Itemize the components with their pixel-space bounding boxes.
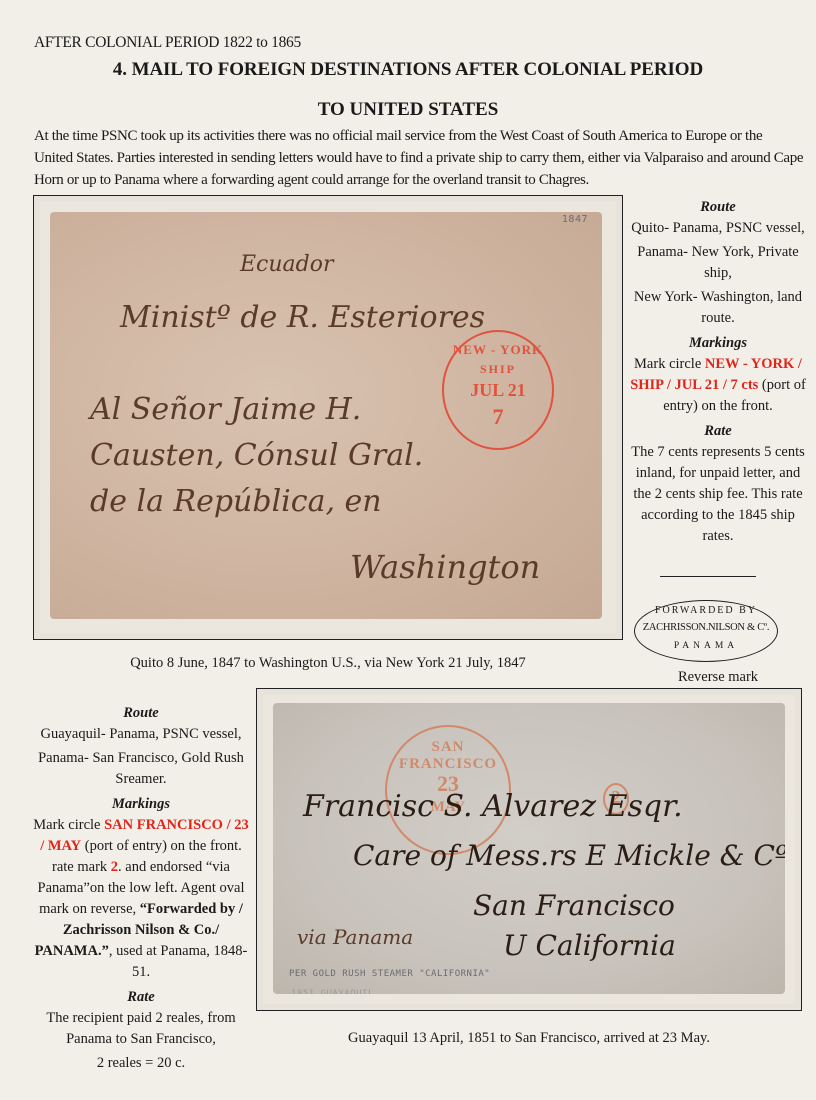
rate-heading: Rate <box>30 986 252 1008</box>
intro-paragraph: At the time PSNC took up its activities … <box>34 125 804 191</box>
rate-text: The recipient paid 2 reales, from Panama… <box>30 1008 252 1050</box>
protective-sleeve: SAN FRANCISCO 23 MAY 2 Francisc S. Alvar… <box>263 695 795 1004</box>
route-heading: Route <box>626 196 810 218</box>
markings-text: Mark circle NEW - YORK / SHIP / JUL 21 /… <box>626 354 810 417</box>
rate-text: The 7 cents represents 5 cents inland, f… <box>626 442 810 547</box>
cover-1-image: 1847 Ecuador Ministº de R. Esteriores NE… <box>50 212 602 619</box>
pencil-note: PER GOLD RUSH STEAMER "CALIFORNIA" <box>289 969 490 979</box>
route-line: Panama- New York, Private ship, <box>626 242 810 284</box>
address-line: U California <box>503 929 676 962</box>
address-line: San Francisco <box>473 889 675 922</box>
address-line: Al Señor Jaime H. <box>90 392 361 427</box>
cover-1-notes: Route Quito- Panama, PSNC vessel, Panama… <box>626 196 810 550</box>
cover-2-frame: SAN FRANCISCO 23 MAY 2 Francisc S. Alvar… <box>256 688 802 1011</box>
route-line: New York- Washington, land route. <box>626 287 810 329</box>
address-line: de la República, en <box>90 484 382 519</box>
cover-2-caption: Guayaquil 13 April, 1851 to San Francisc… <box>256 1030 802 1047</box>
rate-heading: Rate <box>626 420 810 442</box>
markings-heading: Markings <box>30 793 252 815</box>
address-line: Care of Mess.rs E Mickle & Cº <box>353 839 785 872</box>
markings-text: Mark circle SAN FRANCISCO / 23 / MAY (po… <box>30 815 252 983</box>
new-york-ship-postmark: NEW - YORK SHIP JUL 21 7 <box>442 330 554 450</box>
reverse-mark-label: Reverse mark <box>626 669 810 686</box>
divider <box>660 576 756 577</box>
address-line: Causten, Cónsul Gral. <box>90 438 423 473</box>
period-heading: AFTER COLONIAL PERIOD 1822 to 1865 <box>34 34 301 52</box>
protective-sleeve: 1847 Ecuador Ministº de R. Esteriores NE… <box>40 202 616 633</box>
page-title: 4. MAIL TO FOREIGN DESTINATIONS AFTER CO… <box>0 59 816 81</box>
route-line: Panama- San Francisco, Gold Rush Sreamer… <box>30 748 252 790</box>
pencil-note: 1851 GUAYAQUIL <box>291 989 374 994</box>
markings-heading: Markings <box>626 332 810 354</box>
cover-2-notes: Route Guayaquil- Panama, PSNC vessel, Pa… <box>30 702 252 1077</box>
route-line: Quito- Panama, PSNC vessel, <box>626 218 810 239</box>
address-line: Ecuador <box>240 252 334 277</box>
route-line: Guayaquil- Panama, PSNC vessel, <box>30 724 252 745</box>
address-line: Francisc S. Alvarez Esqr. <box>303 789 683 824</box>
address-line: Ministº de R. Esteriores <box>120 300 485 335</box>
agent-oval-mark: FORWARDED BY ZACHRISSON.NILSON & Cº. PAN… <box>634 600 778 662</box>
route-heading: Route <box>30 702 252 724</box>
via-panama-endorsement: via Panama <box>297 925 413 949</box>
section-title: TO UNITED STATES <box>0 99 816 121</box>
cover-2-image: SAN FRANCISCO 23 MAY 2 Francisc S. Alvar… <box>273 703 785 994</box>
cover-1-caption: Quito 8 June, 1847 to Washington U.S., v… <box>33 655 623 672</box>
address-line: Washington <box>350 548 540 586</box>
pencil-year: 1847 <box>562 214 588 225</box>
rate-text: 2 reales = 20 c. <box>30 1053 252 1074</box>
cover-1-frame: 1847 Ecuador Ministº de R. Esteriores NE… <box>33 195 623 640</box>
